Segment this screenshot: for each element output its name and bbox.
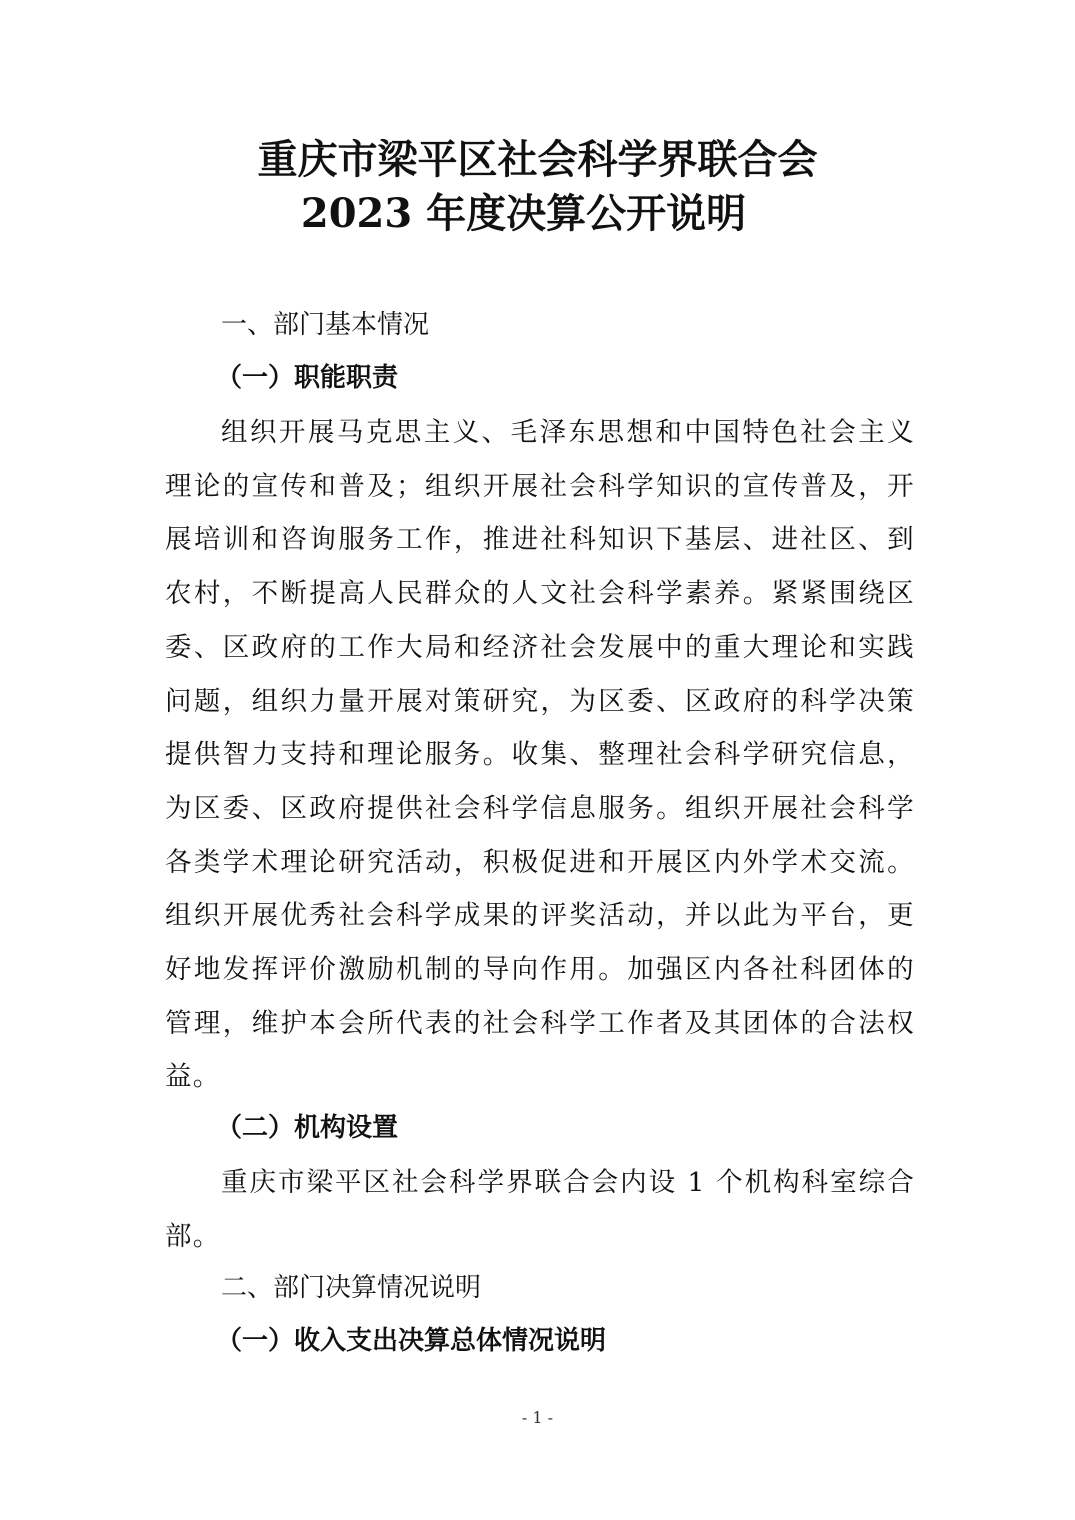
subsection-heading-income-expenditure: （一）收入支出决算总体情况说明	[216, 1321, 606, 1361]
paragraph-line: 益。	[165, 1050, 915, 1104]
document-title-line-2: 2023 年度决算公开说明	[0, 188, 1061, 240]
paragraph-line: 各类学术理论研究活动，积极促进和开展区内外学术交流。	[165, 836, 915, 890]
section-heading-budget-explanation: 二、部门决算情况说明	[221, 1268, 481, 1308]
paragraph-line: 理论的宣传和普及；组织开展社会科学知识的宣传普及，开	[165, 460, 915, 514]
paragraph-line: 重庆市梁平区社会科学界联合会内设 1 个机构科室综合	[165, 1156, 915, 1210]
paragraph-line: 管理，维护本会所代表的社会科学工作者及其团体的合法权	[165, 997, 915, 1051]
paragraph-line: 组织开展优秀社会科学成果的评奖活动，并以此为平台，更	[165, 889, 915, 943]
document-title-line-1: 重庆市梁平区社会科学界联合会	[0, 134, 1075, 186]
functions-paragraph: 组织开展马克思主义、毛泽东思想和中国特色社会主义 理论的宣传和普及；组织开展社会…	[165, 406, 915, 1104]
paragraph-line: 提供智力支持和理论服务。收集、整理社会科学研究信息，	[165, 728, 915, 782]
paragraph-line: 为区委、区政府提供社会科学信息服务。组织开展社会科学	[165, 782, 915, 836]
paragraph-line: 委、区政府的工作大局和经济社会发展中的重大理论和实践	[165, 621, 915, 675]
document-page: 重庆市梁平区社会科学界联合会 2023 年度决算公开说明 一、部门基本情况 （一…	[0, 0, 1075, 1520]
paragraph-line: 农村，不断提高人民群众的人文社会科学素养。紧紧围绕区	[165, 567, 915, 621]
paragraph-line: 组织开展马克思主义、毛泽东思想和中国特色社会主义	[165, 406, 915, 460]
subsection-heading-functions: （一）职能职责	[216, 358, 398, 398]
organization-paragraph: 重庆市梁平区社会科学界联合会内设 1 个机构科室综合 部。	[165, 1156, 915, 1263]
page-number: - 1 -	[0, 1408, 1075, 1427]
paragraph-line: 问题，组织力量开展对策研究，为区委、区政府的科学决策	[165, 675, 915, 729]
subsection-heading-organization: （二）机构设置	[216, 1108, 398, 1148]
paragraph-line: 部。	[165, 1210, 915, 1264]
paragraph-line: 展培训和咨询服务工作，推进社科知识下基层、进社区、到	[165, 513, 915, 567]
paragraph-line: 好地发挥评价激励机制的导向作用。加强区内各社科团体的	[165, 943, 915, 997]
section-heading-basic-info: 一、部门基本情况	[221, 305, 429, 345]
